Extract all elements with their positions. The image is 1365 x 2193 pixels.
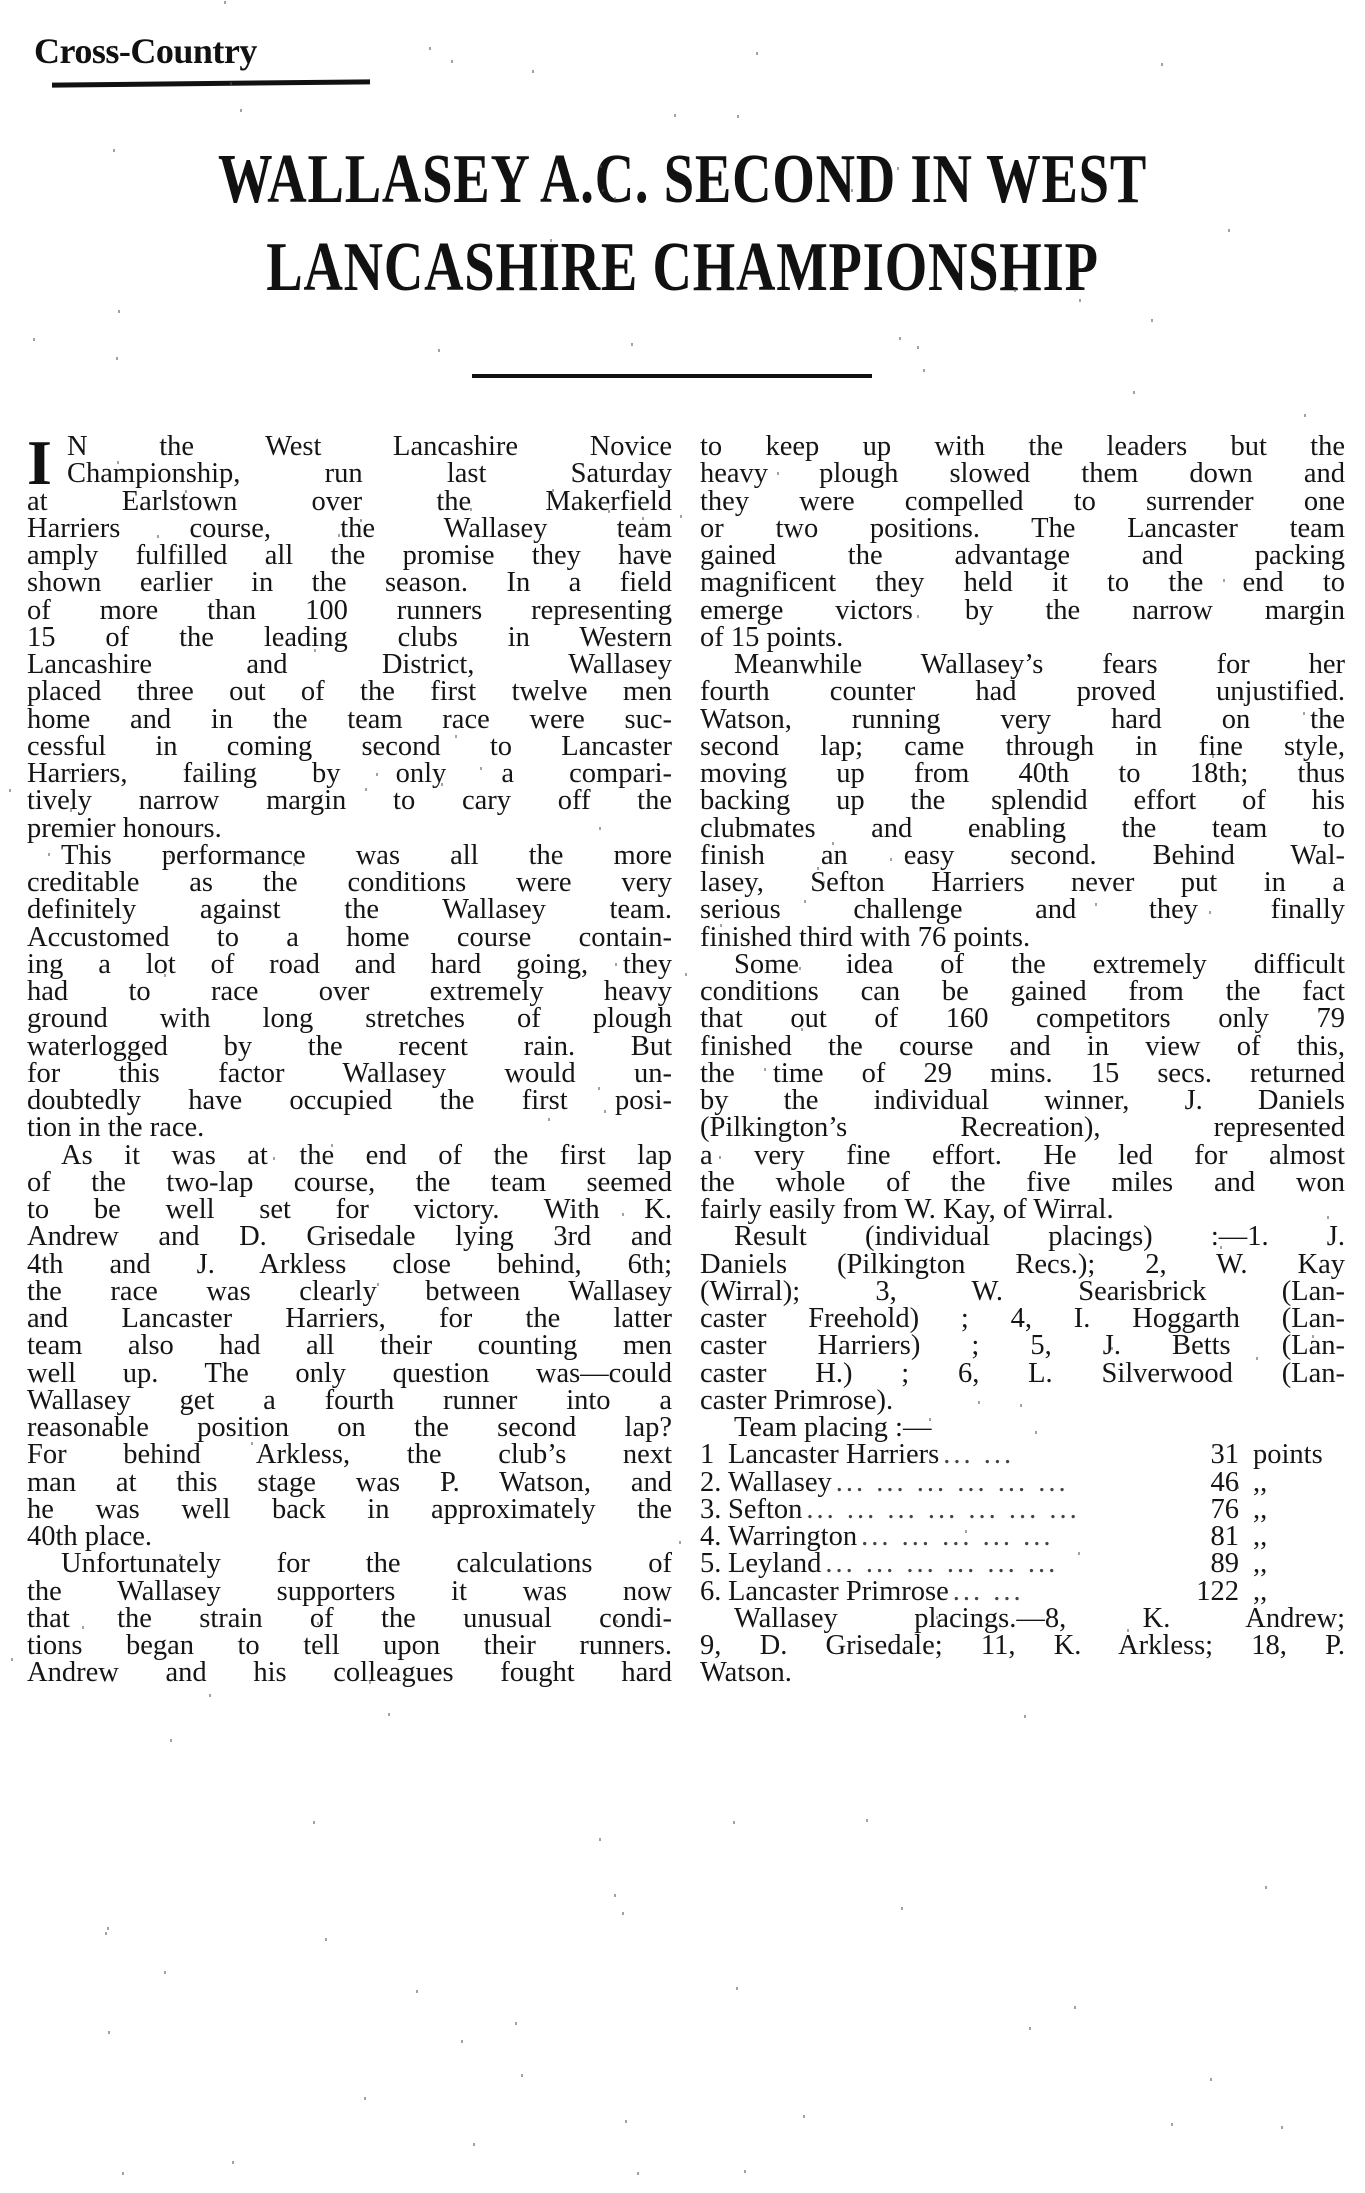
scan-speck — [11, 1658, 13, 1661]
scan-speck — [1304, 414, 1306, 417]
scan-speck — [293, 863, 295, 866]
text-line: serious challenge and they finally — [700, 896, 1345, 923]
scan-speck — [455, 735, 457, 738]
team-points: 31 — [1169, 1441, 1239, 1468]
text-line: gained the advantage and packing — [700, 542, 1345, 569]
text-line: Result (individual placings) :—1. J. — [700, 1223, 1345, 1250]
scan-speck — [637, 2172, 639, 2175]
scan-speck — [1265, 1886, 1267, 1889]
scan-speck — [365, 788, 367, 791]
text-line: caster H.) ; 6, L. Silverwood (Lan- — [700, 1360, 1345, 1387]
scan-speck — [441, 783, 443, 786]
text-line: Daniels (Pilkington Recs.); 2, W. Kay — [700, 1251, 1345, 1278]
leader-dots: ... ... — [949, 1578, 1169, 1605]
text-line: caster Freehold) ; 4, I. Hoggarth (Lan- — [700, 1305, 1345, 1332]
text-line: that out of 160 competitors only 79 — [700, 1005, 1345, 1032]
text-line: (Pilkington’s Recreation), represented — [700, 1114, 1345, 1141]
scan-speck — [438, 349, 440, 352]
scan-speck — [1020, 1404, 1022, 1407]
scan-speck — [1256, 1357, 1258, 1360]
scan-speck — [157, 535, 159, 538]
scan-speck — [746, 724, 748, 727]
scan-speck — [923, 369, 925, 372]
wallasey-placings: Wallasey placings.—8, K. Andrew;9, D. Gr… — [700, 1605, 1345, 1687]
scan-speck — [185, 490, 187, 493]
text-line: premier honours. — [27, 815, 672, 842]
text-line: to keep up with the leaders but the — [700, 433, 1345, 460]
text-line: tion in the race. — [27, 1114, 672, 1141]
scan-speck — [851, 189, 853, 192]
text-line: Wallasey placings.—8, K. Andrew; — [700, 1605, 1345, 1632]
text-line: This performance was all the more — [27, 842, 672, 869]
team-placing-row: 6.Lancaster Primrose... ...122,, — [700, 1578, 1345, 1605]
scan-speck — [736, 1987, 738, 1990]
scan-speck — [669, 1229, 671, 1232]
scan-speck — [254, 666, 256, 669]
scan-speck — [33, 338, 35, 341]
scan-speck — [598, 1087, 600, 1090]
scan-speck — [614, 197, 616, 200]
points-unit: ,, — [1239, 1523, 1345, 1550]
scan-speck — [48, 853, 50, 856]
scan-speck — [622, 1213, 624, 1216]
scan-speck — [614, 1894, 616, 1897]
team-placing-row: 4.Warrington... ... ... ... ...81,, — [700, 1523, 1345, 1550]
scan-speck — [616, 1620, 618, 1623]
scan-speck — [116, 357, 118, 360]
scan-speck — [744, 2170, 746, 2173]
scan-speck — [461, 2040, 463, 2043]
scan-speck — [625, 2120, 627, 2123]
scan-speck — [108, 2031, 110, 2034]
team-points: 46 — [1169, 1469, 1239, 1496]
text-line: caster Harriers) ; 5, J. Betts (Lan- — [700, 1332, 1345, 1359]
scan-speck — [69, 771, 71, 774]
text-line: waterlogged by the recent rain. But — [27, 1033, 672, 1060]
team-name: Leyland — [728, 1550, 821, 1577]
scan-speck — [659, 677, 661, 680]
scan-speck — [674, 114, 676, 117]
headline-divider — [472, 374, 872, 378]
text-line: 15 of the leading clubs in Western — [27, 624, 672, 651]
points-unit: ,, — [1239, 1469, 1345, 1496]
text-line: for this factor Wallasey would un- — [27, 1060, 672, 1087]
text-line: at Earlstown over the Makerfield — [27, 488, 672, 515]
scan-speck — [936, 1616, 938, 1619]
team-placing-row: 5.Leyland... ... ... ... ... ...89,, — [700, 1550, 1345, 1577]
points-unit: ,, — [1239, 1578, 1345, 1605]
scan-speck — [759, 1243, 761, 1246]
scan-speck — [679, 1541, 681, 1544]
scan-speck — [631, 343, 633, 346]
team-rank: 3. — [700, 1496, 728, 1523]
scan-speck — [313, 1377, 315, 1380]
team-name: Lancaster Primrose — [728, 1578, 949, 1605]
scan-speck — [1327, 1216, 1329, 1219]
text-line: tions began to tell upon their runners. — [27, 1632, 672, 1659]
text-line: Harriers, failing by only a compari- — [27, 760, 672, 787]
text-line: shown earlier in the season. In a field — [27, 569, 672, 596]
scan-speck — [331, 1144, 333, 1147]
team-placing-row: 1Lancaster Harriers... ...31points — [700, 1441, 1345, 1468]
team-name: Wallasey — [728, 1469, 832, 1496]
points-unit: points — [1239, 1441, 1345, 1468]
scan-speck — [552, 489, 554, 492]
scan-speck — [40, 1316, 42, 1319]
text-line: emerge victors by the narrow margin — [700, 597, 1345, 624]
text-line: the Wallasey supporters it was now — [27, 1578, 672, 1605]
text-line: caster Primrose). — [700, 1387, 1345, 1414]
scan-speck — [480, 767, 482, 770]
text-line: Championship, run last Saturday — [27, 460, 672, 487]
text-line: Watson. — [700, 1659, 1345, 1686]
scan-speck — [251, 1442, 253, 1445]
scan-speck — [82, 1626, 84, 1629]
text-line: Andrew and his colleagues fought hard — [27, 1659, 672, 1686]
text-line: backing up the splendid effort of his — [700, 787, 1345, 814]
team-placing-row: 3.Sefton... ... ... ... ... ... ...76,, — [700, 1496, 1345, 1523]
article-column-right: to keep up with the leaders but theheavy… — [700, 433, 1345, 1687]
text-line: that the strain of the unusual condi- — [27, 1605, 672, 1632]
scan-speck — [1204, 1582, 1206, 1585]
scan-speck — [388, 1713, 390, 1716]
scan-speck — [965, 1530, 967, 1533]
scan-speck — [230, 82, 232, 85]
scan-speck — [273, 1157, 275, 1160]
text-line: Unfortunately for the calculations of — [27, 1550, 672, 1577]
scan-speck — [732, 611, 734, 614]
text-line: well up. The only question was—could — [27, 1360, 672, 1387]
text-line: a very fine effort. He led for almost — [700, 1142, 1345, 1169]
scan-speck — [642, 517, 644, 520]
scan-speck — [550, 239, 552, 242]
text-line: ing a lot of road and hard going, they — [27, 951, 672, 978]
team-name: Sefton — [728, 1496, 802, 1523]
team-points: 89 — [1169, 1550, 1239, 1577]
scan-speck — [65, 904, 67, 907]
leader-dots: ... ... ... ... ... ... — [832, 1469, 1169, 1496]
scan-speck — [1312, 1335, 1314, 1338]
scan-speck — [832, 842, 834, 845]
scan-speck — [917, 615, 919, 618]
scan-speck — [369, 1681, 371, 1684]
text-line: by the individual winner, J. Daniels — [700, 1087, 1345, 1114]
text-line: second lap; came through in fine style, — [700, 733, 1345, 760]
scan-speck — [313, 1821, 315, 1824]
text-line: lasey, Sefton Harriers never put in a — [700, 869, 1345, 896]
text-line: finished third with 76 points. — [700, 924, 1345, 951]
scan-speck — [1171, 2123, 1173, 2126]
scan-speck — [978, 1401, 980, 1404]
text-line: finish an easy second. Behind Wal- — [700, 842, 1345, 869]
text-line: Accustomed to a home course contain- — [27, 924, 672, 951]
scan-speck — [111, 46, 113, 49]
text-line: he was well back in approximately the — [27, 1496, 672, 1523]
text-line: of the two-lap course, the team seemed — [27, 1169, 672, 1196]
scan-speck — [602, 189, 604, 192]
scan-speck — [680, 515, 682, 518]
scan-speck — [1014, 289, 1016, 292]
scan-speck — [1209, 911, 1211, 914]
scan-speck — [1303, 712, 1305, 715]
scan-speck — [416, 1990, 418, 1993]
scan-speck — [118, 310, 120, 313]
scan-speck — [1127, 1629, 1129, 1632]
scan-speck — [777, 472, 779, 475]
text-line: the whole of the five miles and won — [700, 1169, 1345, 1196]
text-line: As it was at the end of the first lap — [27, 1142, 672, 1169]
text-line: and Lancaster Harriers, for the latter — [27, 1305, 672, 1332]
scan-speck — [756, 52, 758, 55]
scan-speck — [1029, 2027, 1031, 2030]
text-line: the time of 29 mins. 15 secs. returned — [700, 1060, 1345, 1087]
text-line: Harriers course, the Wallasey team — [27, 515, 672, 542]
scan-speck — [515, 2022, 517, 2025]
team-name: Lancaster Harriers — [728, 1441, 939, 1468]
text-line: For behind Arkless, the club’s next — [27, 1441, 672, 1468]
scan-speck — [622, 1912, 624, 1915]
leader-dots: ... ... ... ... ... ... ... — [802, 1496, 1169, 1523]
scan-speck — [817, 867, 819, 870]
scan-speck — [470, 508, 472, 511]
scan-speck — [376, 773, 378, 776]
scan-speck — [764, 1068, 766, 1071]
scan-speck — [733, 1821, 735, 1824]
text-line: Team placing :— — [700, 1414, 1345, 1441]
scan-speck — [1151, 319, 1153, 322]
scan-speck — [685, 973, 687, 976]
text-line: moving up from 40th to 18th; thus — [700, 760, 1345, 787]
scan-speck — [429, 47, 431, 50]
scan-speck — [377, 1283, 379, 1286]
scan-speck — [117, 461, 119, 464]
scan-speck — [572, 1206, 574, 1209]
text-line: ground with long stretches of plough — [27, 1005, 672, 1032]
scan-speck — [1237, 1486, 1239, 1489]
scan-speck — [1281, 2126, 1283, 2129]
scan-speck — [1133, 391, 1135, 394]
scan-speck — [608, 510, 610, 513]
team-rank: 5. — [700, 1550, 728, 1577]
text-line: conditions can be gained from the fact — [700, 978, 1345, 1005]
text-line: cessful in coming second to Lancaster — [27, 733, 672, 760]
scan-speck — [1212, 755, 1214, 758]
leader-dots: ... ... ... ... ... ... — [821, 1550, 1169, 1577]
scan-speck — [1079, 299, 1081, 302]
text-line: 4th and J. Arkless close behind, 6th; — [27, 1251, 672, 1278]
right-column-text: to keep up with the leaders but theheavy… — [700, 433, 1345, 1441]
scan-speck — [803, 2115, 805, 2118]
text-line: N the West Lancashire Novice — [27, 433, 672, 460]
text-line: 9, D. Grisedale; 11, K. Arkless; 18, P. — [700, 1632, 1345, 1659]
left-column-text: N the West Lancashire NoviceChampionship… — [27, 433, 672, 1687]
team-placing-table: 1Lancaster Harriers... ...31points2.Wall… — [700, 1441, 1345, 1605]
text-line: of more than 100 runners representing — [27, 597, 672, 624]
team-points: 76 — [1169, 1496, 1239, 1523]
scan-speck — [1161, 63, 1163, 66]
scan-speck — [1095, 903, 1097, 906]
scan-speck — [1210, 2078, 1212, 2081]
text-line: or two positions. The Lancaster team — [700, 515, 1345, 542]
team-rank: 1 — [700, 1441, 728, 1468]
scan-speck — [801, 1028, 803, 1031]
scan-speck — [604, 1110, 606, 1113]
headline-line-2: LANCASHIRE CHAMPIONSHIP — [150, 228, 1215, 308]
scan-speck — [224, 1, 226, 4]
scan-speck — [173, 1597, 175, 1600]
scan-speck — [661, 549, 663, 552]
team-rank: 4. — [700, 1523, 728, 1550]
scan-speck — [105, 1932, 107, 1935]
scan-speck — [866, 1819, 868, 1822]
team-placing-row: 2.Wallasey... ... ... ... ... ...46,, — [700, 1469, 1345, 1496]
text-line: of 15 points. — [700, 624, 1345, 651]
text-line: Watson, running very hard on the — [700, 706, 1345, 733]
scan-speck — [823, 881, 825, 884]
text-line: fourth counter had proved unjustified. — [700, 678, 1345, 705]
headline-line-1: WALLASEY A.C. SECOND IN WEST — [150, 140, 1215, 220]
scan-speck — [1220, 1246, 1222, 1249]
team-points: 81 — [1169, 1523, 1239, 1550]
text-line: amply fulfilled all the promise they hav… — [27, 542, 672, 569]
scan-speck — [314, 649, 316, 652]
scan-speck — [107, 1927, 109, 1930]
scan-speck — [469, 914, 471, 917]
points-unit: ,, — [1239, 1550, 1345, 1577]
text-line: tively narrow margin to cary off the — [27, 787, 672, 814]
scan-speck — [1223, 579, 1225, 582]
scan-speck — [521, 2074, 523, 2077]
scan-speck — [338, 534, 340, 537]
scan-speck — [164, 974, 166, 977]
text-line: magnificent they held it to the end to — [700, 569, 1345, 596]
scan-speck — [113, 149, 115, 152]
scan-speck — [240, 109, 242, 112]
scan-speck — [232, 2161, 234, 2164]
scan-speck — [179, 1554, 181, 1557]
scan-speck — [122, 2172, 124, 2175]
scan-speck — [170, 1739, 172, 1742]
text-line: fairly easily from W. Kay, of Wirral. — [700, 1196, 1345, 1223]
scan-speck — [532, 70, 534, 73]
text-line: team also had all their counting men — [27, 1332, 672, 1359]
text-line: Meanwhile Wallasey’s fears for her — [700, 651, 1345, 678]
scan-speck — [599, 827, 601, 830]
drop-cap: I — [27, 437, 52, 489]
scan-speck — [1035, 1431, 1037, 1434]
scan-speck — [917, 346, 919, 349]
text-line: to be well set for victory. With K. — [27, 1196, 672, 1223]
text-line: Wallasey get a fourth runner into a — [27, 1387, 672, 1414]
text-line: reasonable position on the second lap? — [27, 1414, 672, 1441]
text-line: man at this stage was P. Watson, and — [27, 1469, 672, 1496]
scan-speck — [317, 1622, 319, 1625]
scan-speck — [87, 779, 89, 782]
scan-speck — [890, 858, 892, 861]
text-line: 40th place. — [27, 1523, 672, 1550]
scan-speck — [182, 1587, 184, 1590]
text-line: Andrew and D. Grisedale lying 3rd and — [27, 1223, 672, 1250]
scan-speck — [169, 855, 171, 858]
scan-speck — [720, 924, 722, 927]
scan-speck — [364, 2097, 366, 2100]
scan-speck — [451, 60, 453, 63]
scan-speck — [473, 2143, 475, 2146]
text-line: heavy plough slowed them down and — [700, 460, 1345, 487]
scan-speck — [737, 115, 739, 118]
text-line: creditable as the conditions were very — [27, 869, 672, 896]
scan-speck — [901, 1907, 903, 1910]
scan-speck — [929, 1418, 931, 1421]
scan-speck — [799, 967, 801, 970]
text-line: home and in the team race were suc- — [27, 706, 672, 733]
scan-speck — [360, 519, 362, 522]
text-line: definitely against the Wallasey team. — [27, 896, 672, 923]
section-label: Cross-Country — [34, 30, 257, 72]
scan-speck — [1228, 229, 1230, 232]
scan-speck — [615, 963, 617, 966]
scan-speck — [209, 1694, 211, 1697]
text-line: Lancashire and District, Wallasey — [27, 651, 672, 678]
text-line: clubmates and enabling the team to — [700, 815, 1345, 842]
scan-speck — [999, 1079, 1001, 1082]
scan-speck — [719, 1156, 721, 1159]
scan-speck — [1309, 1128, 1311, 1131]
scan-speck — [1078, 1552, 1080, 1555]
scan-speck — [652, 909, 654, 912]
scan-speck — [9, 789, 11, 792]
scan-speck — [1111, 1347, 1113, 1350]
scan-speck — [548, 1118, 550, 1121]
text-line: placed three out of the first twelve men — [27, 678, 672, 705]
scan-speck — [599, 1838, 601, 1841]
scan-speck — [903, 1093, 905, 1096]
scan-speck — [600, 165, 602, 168]
points-unit: ,, — [1239, 1496, 1345, 1523]
scan-speck — [804, 900, 806, 903]
article-column-left: I N the West Lancashire NoviceChampionsh… — [27, 433, 672, 1687]
text-line: the race was clearly between Wallasey — [27, 1278, 672, 1305]
scan-speck — [899, 337, 901, 340]
section-underline — [52, 79, 370, 87]
text-line: Some idea of the extremely difficult — [700, 951, 1345, 978]
text-line: they were compelled to surrender one — [700, 488, 1345, 515]
leader-dots: ... ... — [939, 1441, 1169, 1468]
leader-dots: ... ... ... ... ... — [857, 1523, 1169, 1550]
scan-speck — [381, 1070, 383, 1073]
scan-speck — [325, 1938, 327, 1941]
scan-speck — [70, 809, 72, 812]
team-name: Warrington — [728, 1523, 857, 1550]
scan-speck — [1074, 2006, 1076, 2009]
scan-speck — [1024, 1715, 1026, 1718]
team-rank: 6. — [700, 1578, 728, 1605]
scan-speck — [897, 167, 899, 170]
text-line: had to race over extremely heavy — [27, 978, 672, 1005]
scan-speck — [164, 1971, 166, 1974]
text-line: finished the course and in view of this, — [700, 1033, 1345, 1060]
text-line: doubtedly have occupied the first posi- — [27, 1087, 672, 1114]
text-line: (Wirral); 3, W. Searisbrick (Lan- — [700, 1278, 1345, 1305]
team-rank: 2. — [700, 1469, 728, 1496]
